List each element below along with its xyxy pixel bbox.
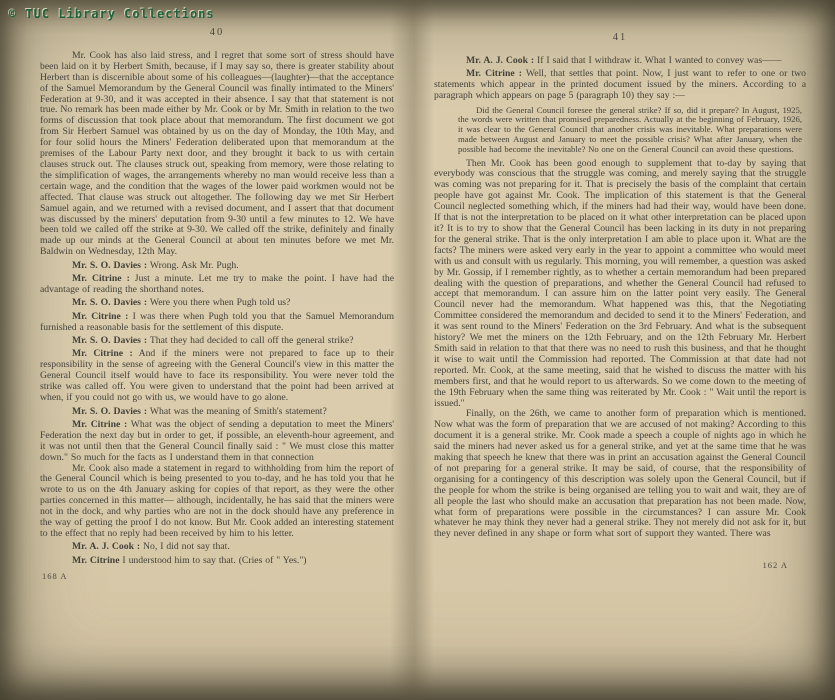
page-number-right: 41 [434,33,806,44]
signature-mark-left: 168 A [42,571,68,582]
scan-background: © TUC Library Collections 40 Mr. Cook ha… [0,0,835,700]
signature-wrap: 162 A [434,546,806,558]
speaker-name: Mr. A. J. Cook : [72,541,140,552]
paragraph: Mr. S. O. Davies : That they had decided… [40,336,394,347]
watermark: © TUC Library Collections [9,7,215,21]
paragraph: Mr. Citrine : I was there when Pugh told… [40,312,394,334]
paragraph: Mr. S. O. Davies : Wrong. Ask Mr. Pugh. [40,261,394,272]
speaker-name: Mr. Citrine : [72,273,130,284]
paragraph: Mr. Citrine : Just a minute. Let me try … [40,274,394,296]
page-left: 40 Mr. Cook has also laid stress, and I … [40,28,394,583]
speaker-name: Mr. Citrine : [466,68,522,79]
paragraph: Mr. S. O. Davies : What was the meaning … [40,407,394,418]
paragraph: Mr. Citrine I understood him to say that… [40,556,394,567]
paragraph: Mr. Cook also made a statement in regard… [40,464,394,540]
page-right-text: Mr. A. J. Cook : If I said that I withdr… [434,56,806,540]
speaker-name: Mr. S. O. Davies : [72,297,147,308]
speaker-name: Mr. S. O. Davies : [72,406,147,417]
speaker-name: Mr. S. O. Davies : [72,335,147,346]
paragraph: Mr. Citrine : And if the miners were not… [40,349,394,404]
paragraph: Then Mr. Cook has been good enough to su… [434,159,806,410]
page-number-left: 40 [40,28,394,39]
paragraph: Mr. Citrine : Well, that settles that po… [434,69,806,102]
page-left-text: Mr. Cook has also laid stress, and I reg… [40,51,394,567]
paragraph: Finally, on the 26th, we came to another… [434,409,806,540]
speaker-name: Mr. Citrine : [72,348,133,359]
paragraph: Mr. A. J. Cook : No, I did not say that. [40,542,394,553]
paragraph: Mr. S. O. Davies : Were you there when P… [40,298,394,309]
speaker-name: Mr. Citrine [72,555,120,566]
page-right: 41 Mr. A. J. Cook : If I said that I wit… [434,33,806,558]
paragraph: Mr. Cook has also laid stress, and I reg… [40,51,394,258]
paragraph: Did the General Council foresee the gene… [458,106,806,156]
speaker-name: Mr. A. J. Cook : [466,55,534,66]
speaker-name: Mr. Citrine : [72,419,127,430]
paragraph: Mr. A. J. Cook : If I said that I withdr… [434,56,806,67]
speaker-name: Mr. Citrine : [72,311,128,322]
paragraph: Mr. Citrine : What was the object of sen… [40,420,394,464]
signature-mark-right: 162 A [762,560,788,571]
gutter-shadow [390,0,434,700]
speaker-name: Mr. S. O. Davies : [72,260,147,271]
